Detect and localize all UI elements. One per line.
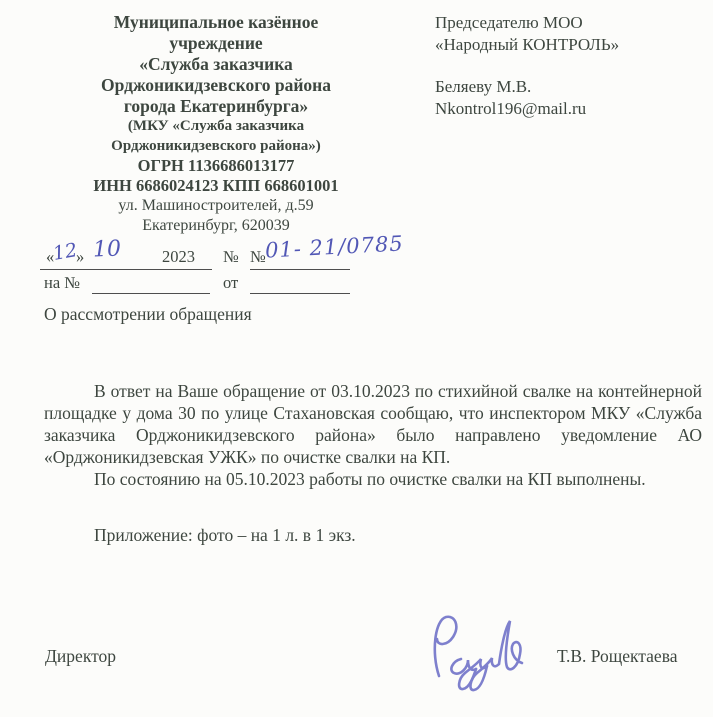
number-sign: № bbox=[250, 247, 266, 267]
body-paragraph-1: В ответ на Ваше обращение от 03.10.2023 … bbox=[44, 380, 702, 468]
recipient-title: Председателю МОО bbox=[435, 12, 705, 34]
ogrn-line: ОГРН 1136686013177 bbox=[40, 156, 392, 176]
outgoing-number-field: № 01- 21/0785 bbox=[250, 243, 350, 270]
org-short-name-line: Орджоникидзевского района») bbox=[40, 137, 392, 157]
number-label: № bbox=[223, 247, 239, 267]
quote-close: » bbox=[76, 247, 84, 267]
reply-date-blank bbox=[250, 273, 350, 294]
letter-page: Муниципальное казённое учреждение «Служб… bbox=[0, 0, 713, 717]
inn-kpp-line: ИНН 6686024123 КПП 668601001 bbox=[40, 176, 392, 196]
reply-to-label: на № bbox=[44, 273, 80, 293]
org-name-line: города Екатеринбурга» bbox=[40, 96, 392, 117]
subject-line: О рассмотрении обращения bbox=[44, 304, 252, 325]
handwritten-day: 12 bbox=[51, 239, 79, 265]
signer-position: Директор bbox=[45, 646, 116, 667]
letterhead: Муниципальное казённое учреждение «Служб… bbox=[40, 12, 392, 236]
signature-scribble bbox=[424, 608, 542, 700]
org-name-line: Орджоникидзевского района bbox=[40, 75, 392, 96]
address-city: Екатеринбург, 620039 bbox=[40, 216, 392, 236]
org-short-name-line: (МКУ «Служба заказчика bbox=[40, 117, 392, 137]
signer-name: Т.В. Рощектаева bbox=[557, 646, 678, 667]
handwritten-outgoing-number: 01- 21/0785 bbox=[264, 231, 404, 262]
reply-number-blank bbox=[92, 273, 210, 294]
letter-body: В ответ на Ваше обращение от 03.10.2023 … bbox=[44, 380, 702, 546]
address-street: ул. Машиностроителей, д.59 bbox=[40, 196, 392, 216]
body-paragraph-2: По состоянию на 05.10.2023 работы по очи… bbox=[44, 468, 702, 490]
date-field: « 12 » 10 2023 bbox=[40, 243, 212, 270]
recipient-email: Nkontrol196@mail.ru bbox=[435, 98, 705, 120]
org-name-line: Муниципальное казённое bbox=[40, 12, 392, 33]
year-printed: 2023 bbox=[162, 247, 195, 267]
recipient-org: «Народный КОНТРОЛЬ» bbox=[435, 34, 705, 56]
reference-block: « 12 » 10 2023 № № 01- 21/0785 на № от bbox=[40, 243, 420, 299]
recipient-block: Председателю МОО «Народный КОНТРОЛЬ» Бел… bbox=[435, 12, 705, 119]
org-name-line: учреждение bbox=[40, 33, 392, 54]
attachment-line: Приложение: фото – на 1 л. в 1 экз. bbox=[44, 524, 702, 546]
recipient-name: Беляеву М.В. bbox=[435, 76, 705, 98]
org-name-line: «Служба заказчика bbox=[40, 54, 392, 75]
from-label: от bbox=[223, 273, 238, 293]
handwritten-month: 10 bbox=[93, 237, 122, 263]
